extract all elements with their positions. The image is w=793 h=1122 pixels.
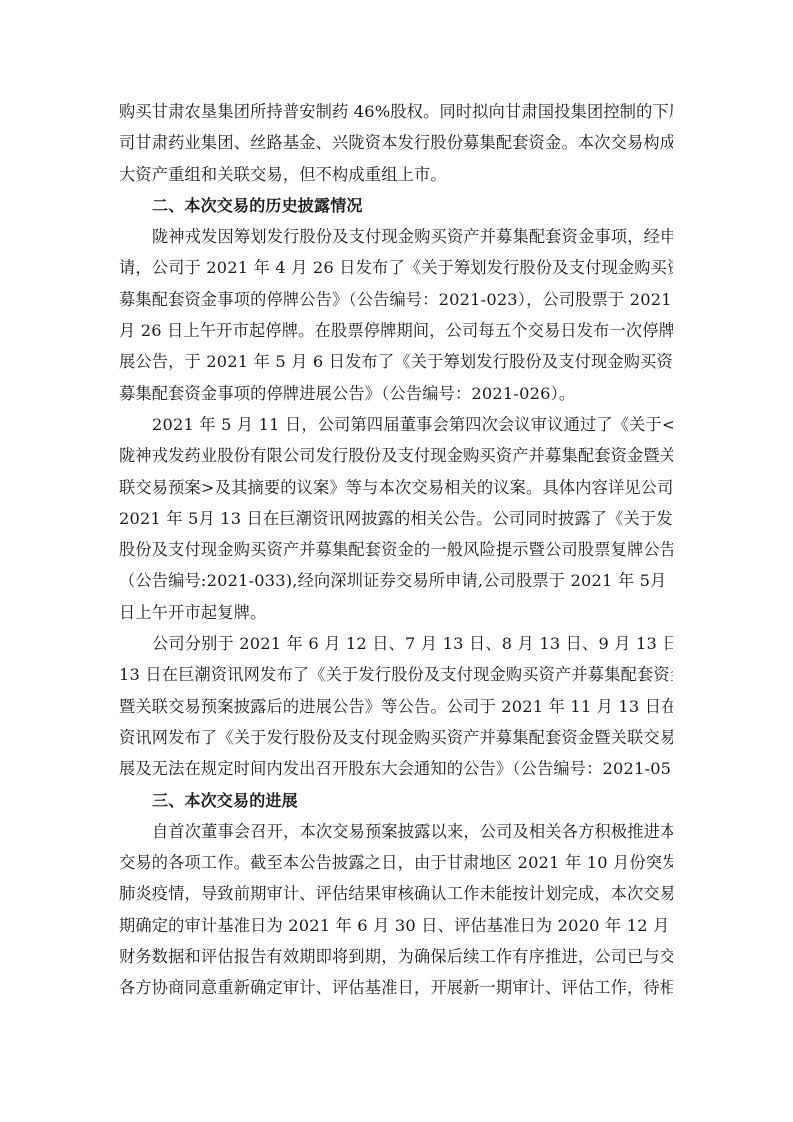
text-line: 交易的各项工作。截至本公告披露之日，由于甘肃地区 2021 年 10 月份突发新… — [119, 847, 673, 878]
text-line: 2021 年 5 月 11 日，公司第四届董事会第四次会议审议通过了《关于<甘肃 — [119, 409, 673, 440]
text-line: 联交易预案>及其摘要的议案》等与本次交易相关的议案。具体内容详见公司于 — [119, 472, 673, 503]
text-line: 13 日在巨潮资讯网发布了《关于发行股份及支付现金购买资产并募集配套资金 — [119, 659, 673, 690]
text-line: 司甘肃药业集团、丝路基金、兴陇资本发行股份募集配套资金。本次交易构成重 — [119, 127, 673, 158]
text-line: 暨关联交易预案披露后的进展公告》等公告。公司于 2021 年 11 月 13 日… — [119, 691, 673, 722]
text-line: 财务数据和评估报告有效期即将到期，为确保后续工作有序推进，公司已与交易 — [119, 941, 673, 972]
text-line: 2021 年 5月 13 日在巨潮资讯网披露的相关公告。公司同时披露了《关于发行 — [119, 503, 673, 534]
text-line: 购买甘肃农垦集团所持普安制药 46%股权。同时拟向甘肃国投集团控制的下属公 — [119, 96, 673, 127]
text-line: 陇神戎发药业股份有限公司发行股份及支付现金购买资产并募集配套资金暨关 — [119, 440, 673, 471]
text-line: （公告编号:2021-033),经向深圳证券交易所申请,公司股票于 2021 年… — [119, 565, 673, 596]
text-line: 募集配套资金事项的停牌公告》（公告编号：2021-023），公司股票于 2021… — [119, 284, 673, 315]
text-line: 大资产重组和关联交易，但不构成重组上市。 — [119, 159, 673, 190]
document-page: 购买甘肃农垦集团所持普安制药 46%股权。同时拟向甘肃国投集团控制的下属公 司甘… — [119, 96, 673, 1004]
text-line: 月 26 日上午开市起停牌。在股票停牌期间，公司每五个交易日发布一次停牌进 — [119, 315, 673, 346]
text-line: 肺炎疫情，导致前期审计、评估结果审核确认工作未能按计划完成，本次交易前 — [119, 878, 673, 909]
text-line: 各方协商同意重新确定审计、评估基准日，开展新一期审计、评估工作，待相关 — [119, 972, 673, 1003]
text-line: 公司分别于 2021 年 6 月 12 日、7 月 13 日、8 月 13 日、… — [119, 628, 673, 659]
section-heading-history: 二、本次交易的历史披露情况 — [119, 190, 673, 221]
text-line: 展及无法在规定时间内发出召开股东大会通知的公告》（公告编号：2021-051）。 — [119, 753, 673, 784]
text-line: 股份及支付现金购买资产并募集配套资金的一般风险提示暨公司股票复牌公告》 — [119, 534, 673, 565]
text-line: 陇神戎发因筹划发行股份及支付现金购买资产并募集配套资金事项，经申 — [119, 221, 673, 252]
text-line: 请，公司于 2021 年 4 月 26 日发布了《关于筹划发行股份及支付现金购买… — [119, 252, 673, 283]
section-heading-progress: 三、本次交易的进展 — [119, 785, 673, 816]
text-line: 期确定的审计基准日为 2021 年 6 月 30 日、评估基准日为 2020 年… — [119, 910, 673, 941]
text-line: 自首次董事会召开，本次交易预案披露以来，公司及相关各方积极推进本次 — [119, 816, 673, 847]
text-line: 资讯网发布了《关于发行股份及支付现金购买资产并募集配套资金暨关联交易进 — [119, 722, 673, 753]
text-line: 展公告，于 2021 年 5 月 6 日发布了《关于筹划发行股份及支付现金购买资… — [119, 346, 673, 377]
text-line: 日上午开市起复牌。 — [119, 597, 673, 628]
text-line: 募集配套资金事项的停牌进展公告》（公告编号：2021-026）。 — [119, 378, 673, 409]
